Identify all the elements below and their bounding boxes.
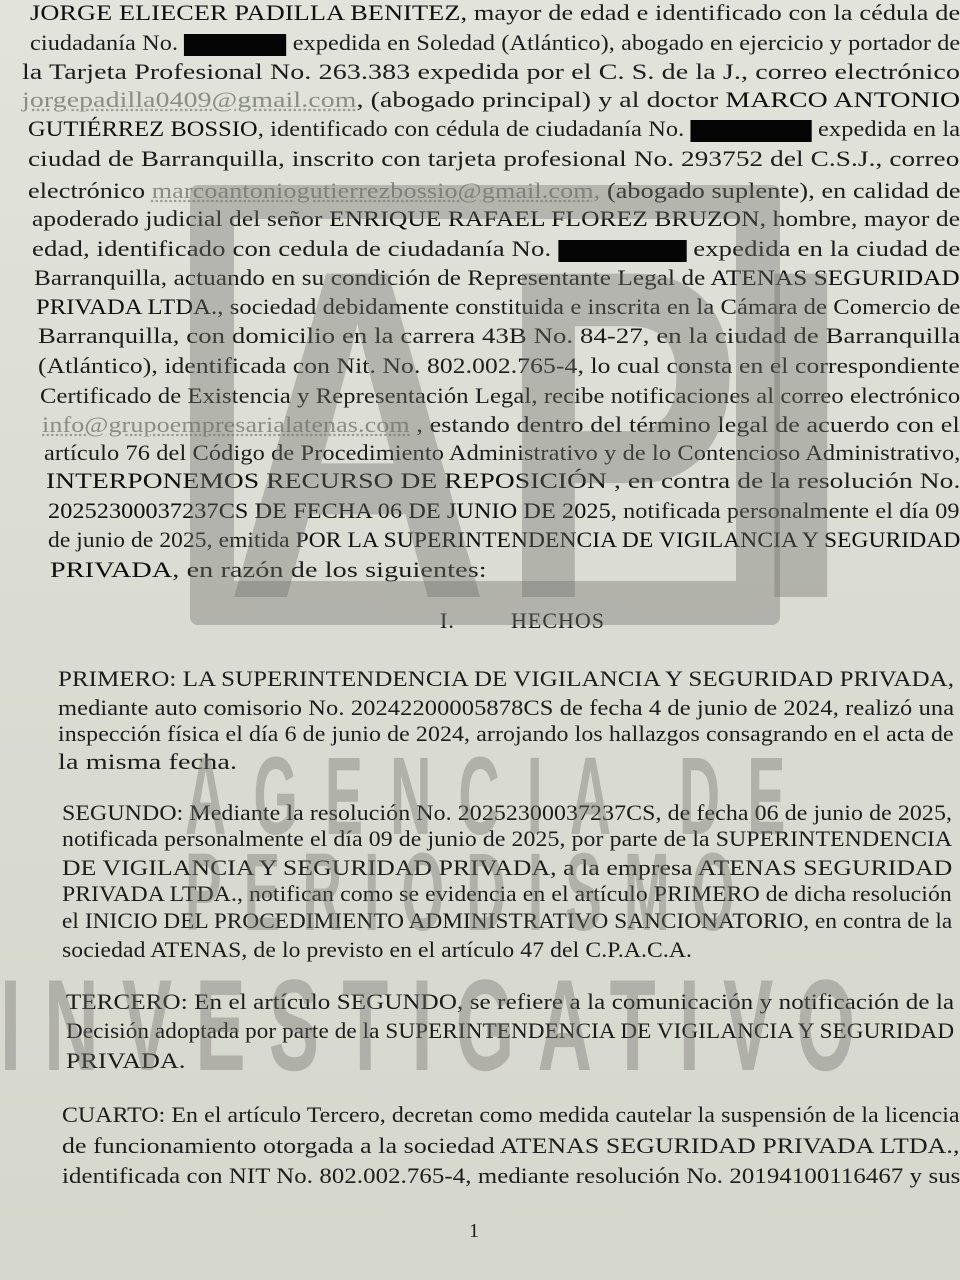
email-link[interactable]: jorgepadilla0409@gmail.com (22, 87, 356, 112)
intro-line: PRIVADA LTDA., sociedad debidamente cons… (36, 294, 960, 320)
text-span: POR LA SUPERINTENDENCIA DE VIGILANCIA Y … (296, 527, 960, 552)
intro-line: de junio de 2025, emitida POR LA SUPERIN… (48, 527, 960, 553)
text-span: MARCO ANTONIO (725, 87, 960, 112)
text-span: mayor de edad e identificado con la cédu… (467, 0, 960, 25)
intro-line: GUTIÉRREZ BOSSIO, identificado con cédul… (28, 116, 960, 142)
text-span: ciudadanía No. (30, 30, 184, 55)
text-span: GUTIÉRREZ BOSSIO (28, 116, 258, 141)
intro-line: la Tarjeta Profesional No. 263.383 exped… (22, 59, 960, 85)
intro-line: INTERPONEMOS RECURSO DE REPOSICIÓN , en … (46, 468, 960, 494)
intro-line: ciudadanía No. expedida en Soledad (Atlá… (30, 30, 960, 56)
text-span: expedida en Soledad (Atlántico), abogado… (287, 30, 960, 55)
text-span: PRIVADA LTDA. (36, 294, 217, 319)
text-span: Barranquilla, actuando en su condición d… (34, 265, 710, 290)
intro-line: 20252300037237CS DE FECHA 06 DE JUNIO DE… (48, 498, 960, 524)
intro-line: Certificado de Existencia y Representaci… (40, 383, 960, 409)
text-span: electrónico (28, 178, 152, 203)
intro-line: jorgepadilla0409@gmail.com, (abogado pri… (22, 87, 960, 113)
redaction-box (184, 34, 286, 56)
fact-line: CUARTO: En el artículo Tercero, decretan… (62, 1102, 960, 1128)
text-span: de junio de 2025, emitida (48, 527, 296, 552)
fact-line: el INICIO DEL PROCEDIMIENTO ADMINISTRATI… (62, 908, 952, 934)
redaction-box (558, 240, 686, 262)
text-span: edad, identificado con cedula de ciudada… (32, 236, 558, 261)
fact-line: la misma fecha. (58, 749, 237, 775)
fact-line: de funcionamiento otorgada a la sociedad… (62, 1133, 960, 1159)
text-span: Certificado de Existencia y Representaci… (40, 383, 960, 408)
fact-line: TERCERO: En el artículo SEGUNDO, se refi… (66, 989, 954, 1015)
text-span: la Tarjeta Profesional No. 263.383 exped… (22, 59, 960, 84)
fact-line: Decisión adoptada por parte de la SUPERI… (66, 1018, 954, 1044)
text-span: Barranquilla, con domicilio en la carrer… (38, 323, 960, 348)
redaction-box (691, 120, 812, 142)
fact-line: PRIVADA. (66, 1048, 185, 1074)
text-span: expedida en la (812, 116, 960, 141)
intro-line: Barranquilla, con domicilio en la carrer… (38, 323, 960, 349)
intro-line: ciudad de Barranquilla, inscrito con tar… (28, 146, 959, 172)
section-title: HECHOS (511, 608, 605, 634)
text-span: artículo 76 del Código de Procedimiento … (44, 440, 960, 465)
intro-line: artículo 76 del Código de Procedimiento … (44, 440, 960, 466)
fact-line: notificada personalmente el día 09 de ju… (62, 826, 952, 852)
text-span: expedida en la ciudad de (686, 236, 960, 261)
fact-line: SEGUNDO: Mediante la resolución No. 2025… (62, 800, 952, 826)
text-span: , hombre, mayor de (760, 206, 960, 231)
intro-line: JORGE ELIECER PADILLA BENITEZ, mayor de … (30, 0, 960, 26)
text-span: ENRIQUE RAFAEL FLOREZ BRUZON (329, 206, 760, 231)
text-span: apoderado judicial del señor (32, 206, 329, 231)
intro-line: apoderado judicial del señor ENRIQUE RAF… (32, 206, 960, 232)
fact-line: mediante auto comisorio No. 202422000058… (58, 695, 954, 721)
intro-line: electrónico marcoantoniogutierrezbossio@… (28, 178, 960, 204)
text-span: , (abogado principal) y al doctor (356, 87, 725, 112)
email-link[interactable]: info@grupoempresarialatenas.com (42, 412, 410, 437)
email-link[interactable]: marcoantoniogutierrezbossio@gmail.com, (152, 178, 601, 203)
fact-line: PRIVADA LTDA., notifican como se evidenc… (62, 881, 952, 907)
intro-line: info@grupoempresarialatenas.com , estand… (42, 412, 960, 438)
text-span: , sociedad debidamente constituida e ins… (217, 294, 960, 319)
text-span: 20252300037237CS DE FECHA 06 DE JUNIO DE… (48, 498, 611, 523)
intro-line: Barranquilla, actuando en su condición d… (34, 265, 960, 291)
fact-line: DE VIGILANCIA Y SEGURIDAD PRIVADA, a la … (62, 855, 952, 881)
text-span: (Atlántico), identificada con Nit. No. 8… (38, 353, 960, 378)
page-number: 1 (469, 1220, 479, 1243)
text-span: , identificado con cédula de ciudadanía … (258, 116, 691, 141)
text-span: , estando dentro del término legal de ac… (410, 412, 960, 437)
text-span: (abogado suplente), en calidad de (600, 178, 960, 203)
text-span: , en contra de la resolución No. (607, 468, 960, 493)
fact-line: identificada con NIT No. 802.002.765-4, … (62, 1163, 960, 1189)
text-span: INTERPONEMOS RECURSO DE REPOSICIÓN (46, 468, 607, 493)
text-span: , notificada personalmente el día 09 (611, 498, 960, 523)
intro-line: (Atlántico), identificada con Nit. No. 8… (38, 353, 960, 379)
text-span: JORGE ELIECER PADILLA BENITEZ, (30, 0, 467, 25)
intro-line: edad, identificado con cedula de ciudada… (32, 236, 960, 262)
text-span: PRIVADA (50, 557, 172, 582)
intro-line: PRIVADA, en razón de los siguientes: (50, 557, 487, 583)
section-number: I. (440, 608, 455, 634)
fact-line: inspección física el día 6 de junio de 2… (58, 721, 954, 747)
text-span: , en razón de los siguientes: (172, 557, 486, 582)
fact-line: sociedad ATENAS, de lo previsto en el ar… (62, 937, 692, 963)
fact-line: PRIMERO: LA SUPERINTENDENCIA DE VIGILANC… (58, 666, 954, 692)
text-span: ATENAS SEGURIDAD (710, 265, 959, 290)
text-span: ciudad de Barranquilla, inscrito con tar… (28, 146, 959, 171)
document-page: JORGE ELIECER PADILLA BENITEZ, mayor de … (0, 0, 960, 1280)
